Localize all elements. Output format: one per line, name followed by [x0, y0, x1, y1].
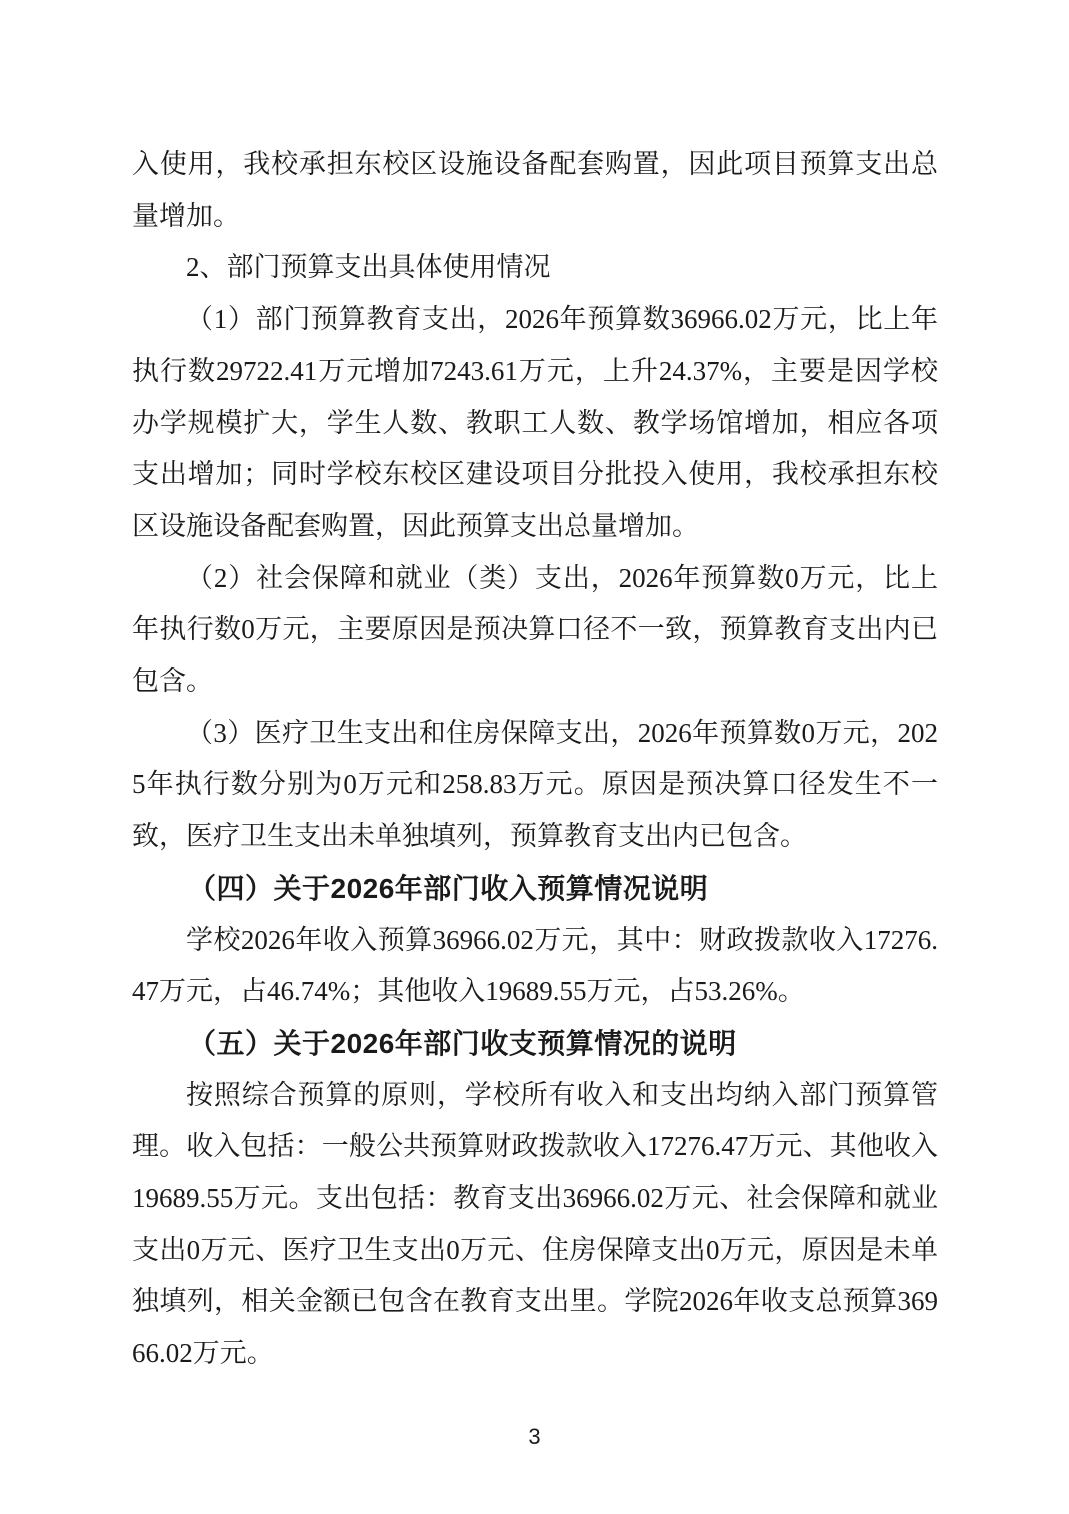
section-heading-income-expenditure-budget: （五）关于2026年部门收支预算情况的说明 [132, 1018, 938, 1070]
paragraph-education-expenditure: （1）部门预算教育支出，2026年预算数36966.02万元，比上年执行数297… [132, 294, 938, 553]
paragraph-social-security-expenditure: （2）社会保障和就业（类）支出，2026年预算数0万元，比上年执行数0万元，主要… [132, 553, 938, 708]
document-body: 入使用，我校承担东校区设施设备配套购置，因此项目预算支出总量增加。 2、部门预算… [132, 139, 938, 1380]
paragraph-comprehensive-budget-summary: 按照综合预算的原则，学校所有收入和支出均纳入部门预算管理。收入包括：一般公共预算… [132, 1070, 938, 1380]
paragraph-medical-housing-expenditure: （3）医疗卫生支出和住房保障支出，2026年预算数0万元，2025年执行数分别为… [132, 708, 938, 863]
section-heading-income-budget: （四）关于2026年部门收入预算情况说明 [132, 863, 938, 915]
paragraph-income-budget-detail: 学校2026年收入预算36966.02万元，其中：财政拨款收入17276.47万… [132, 915, 938, 1018]
paragraph-project-budget-continuation: 入使用，我校承担东校区设施设备配套购置，因此项目预算支出总量增加。 [132, 139, 938, 242]
subheading-expenditure-usage: 2、部门预算支出具体使用情况 [132, 242, 938, 294]
page-number: 3 [0, 1424, 1069, 1450]
document-page: 入使用，我校承担东校区设施设备配套购置，因此项目预算支出总量增加。 2、部门预算… [0, 0, 1069, 1514]
